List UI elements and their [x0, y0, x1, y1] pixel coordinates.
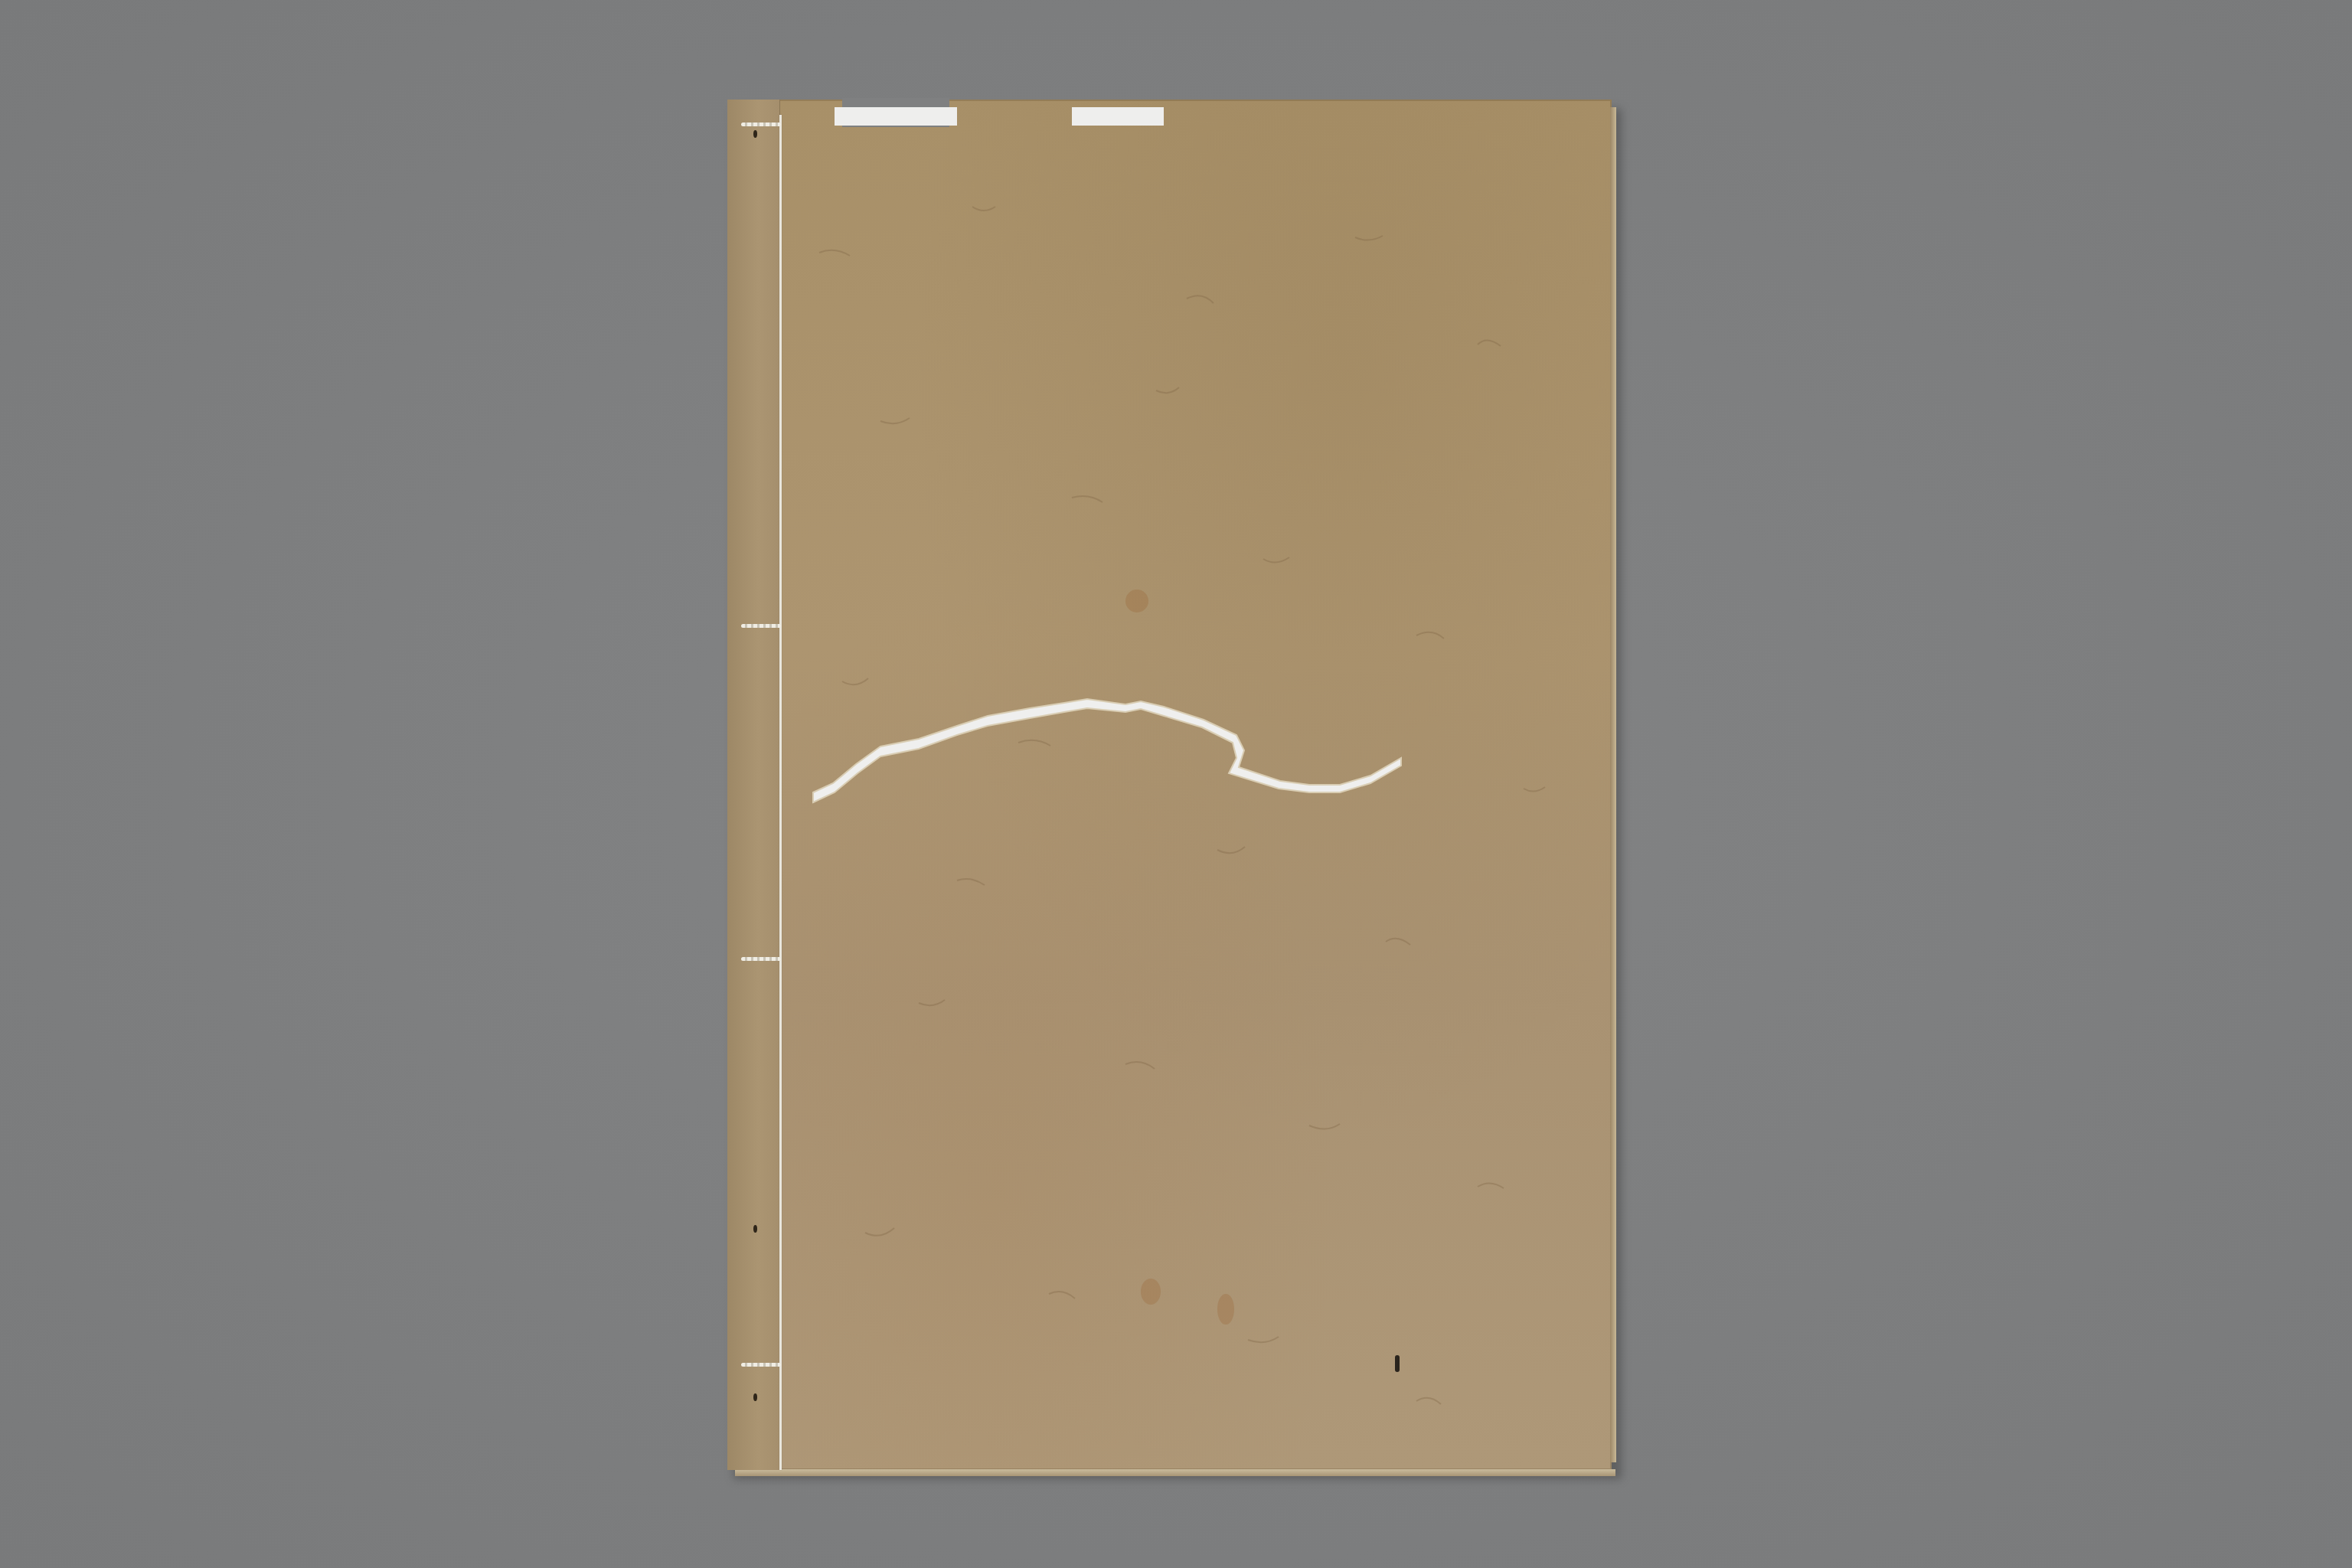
binding-stitch — [741, 624, 781, 628]
binding-stitch — [741, 957, 781, 961]
book-cover — [727, 100, 1612, 1470]
cover-tear — [727, 100, 1612, 1470]
binding-hole — [753, 1393, 757, 1401]
binding-stitch — [741, 122, 781, 126]
binding-hole — [753, 1225, 757, 1233]
binding-hole — [753, 130, 757, 138]
binding-thread — [779, 115, 782, 1470]
binding-stitch — [741, 1363, 781, 1367]
page-edge-bottom — [735, 1469, 1615, 1476]
